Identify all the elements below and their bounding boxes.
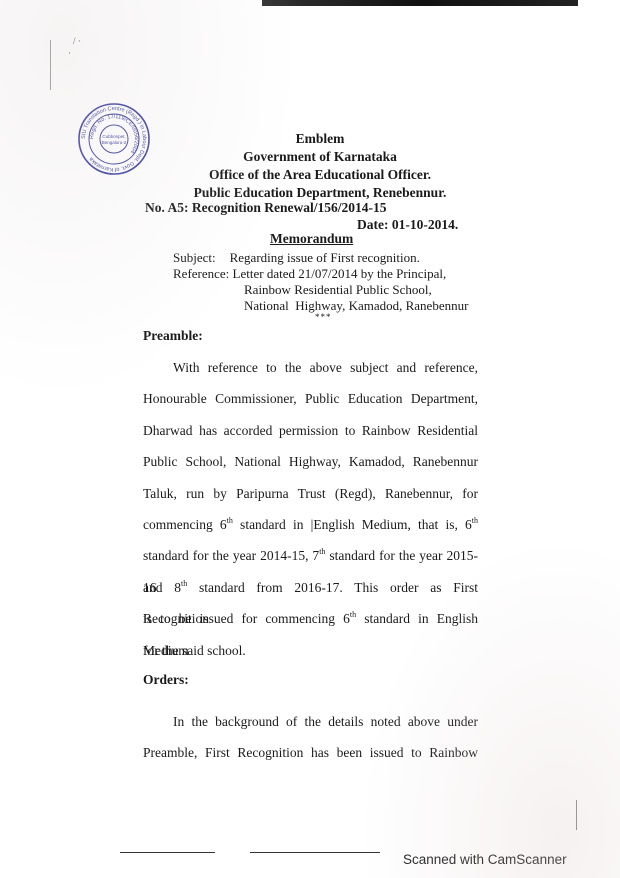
- scan-speck: ·: [68, 48, 71, 58]
- paragraph-line: Preamble, First Recognition has been iss…: [143, 737, 478, 768]
- paragraph-line: Taluk, run by Paripurna Trust (Regd), Ra…: [143, 478, 478, 509]
- letterhead-government: Government of Karnataka: [140, 148, 500, 166]
- paragraph-line: Dharwad has accorded permission to Rainb…: [143, 415, 478, 446]
- paragraph-line: In the background of the details noted a…: [143, 706, 478, 737]
- reference-line: Letter dated 21/07/2014 by the Principal…: [233, 266, 447, 281]
- preamble-paragraph: With reference to the above subject and …: [143, 352, 478, 666]
- subject-reference-block: Subject:Regarding issue of First recogni…: [173, 250, 468, 314]
- reference-line: Rainbow Residential Public School,: [173, 282, 468, 298]
- ordinal-suffix: th: [350, 610, 356, 619]
- paragraph-line: is to be issued for commencing 6th stand…: [143, 603, 478, 634]
- preamble-heading: Preamble:: [143, 328, 203, 344]
- subject-label: Subject:: [173, 250, 216, 265]
- paragraph-line: standard for the year 2014-15, 7th stand…: [143, 540, 478, 571]
- scan-bottom-edge: [120, 852, 215, 853]
- separator-stars: ***: [315, 312, 332, 322]
- paragraph-line: and 8th standard from 2016-17. This orde…: [143, 572, 478, 603]
- paragraph-line: Honourable Commissioner, Public Educatio…: [143, 383, 478, 414]
- paragraph-line: With reference to the above subject and …: [143, 352, 478, 383]
- svg-text:Bengaluru-2: Bengaluru-2: [102, 140, 127, 145]
- page-edge-left: [50, 40, 51, 90]
- orders-paragraph: In the background of the details noted a…: [143, 706, 478, 769]
- page-edge-right: [576, 800, 577, 830]
- document-date: Date: 01-10-2014.: [357, 217, 458, 233]
- orders-heading: Orders:: [143, 672, 189, 688]
- ordinal-suffix: th: [181, 579, 187, 588]
- letterhead: Emblem Government of Karnataka Office of…: [140, 130, 500, 202]
- subject-row: Subject:Regarding issue of First recogni…: [173, 250, 468, 266]
- scan-bottom-edge: [250, 852, 380, 853]
- paragraph-line: Public School, National Highway, Kamadod…: [143, 446, 478, 477]
- memorandum-title: Memorandum: [270, 231, 353, 247]
- subject-text: Regarding issue of First recognition.: [230, 250, 420, 265]
- scan-speck: / ·: [73, 36, 81, 46]
- camscanner-watermark: Scanned with CamScanner: [403, 852, 567, 867]
- letterhead-emblem: Emblem: [140, 130, 500, 148]
- svg-text:Cubbonpet,: Cubbonpet,: [102, 134, 125, 139]
- ordinal-suffix: th: [472, 516, 478, 525]
- scan-top-edge: [262, 0, 578, 6]
- ordinal-suffix: th: [319, 547, 325, 556]
- paragraph-line: for the said school.: [143, 635, 478, 666]
- paragraph-line: commencing 6th standard in |English Medi…: [143, 509, 478, 540]
- reference-number: No. A5: Recognition Renewal/156/2014-15: [145, 200, 386, 216]
- ordinal-suffix: th: [227, 516, 233, 525]
- reference-row: Reference: Letter dated 21/07/2014 by th…: [173, 266, 468, 282]
- letterhead-office: Office of the Area Educational Officer.: [140, 166, 500, 184]
- reference-label: Reference:: [173, 266, 229, 281]
